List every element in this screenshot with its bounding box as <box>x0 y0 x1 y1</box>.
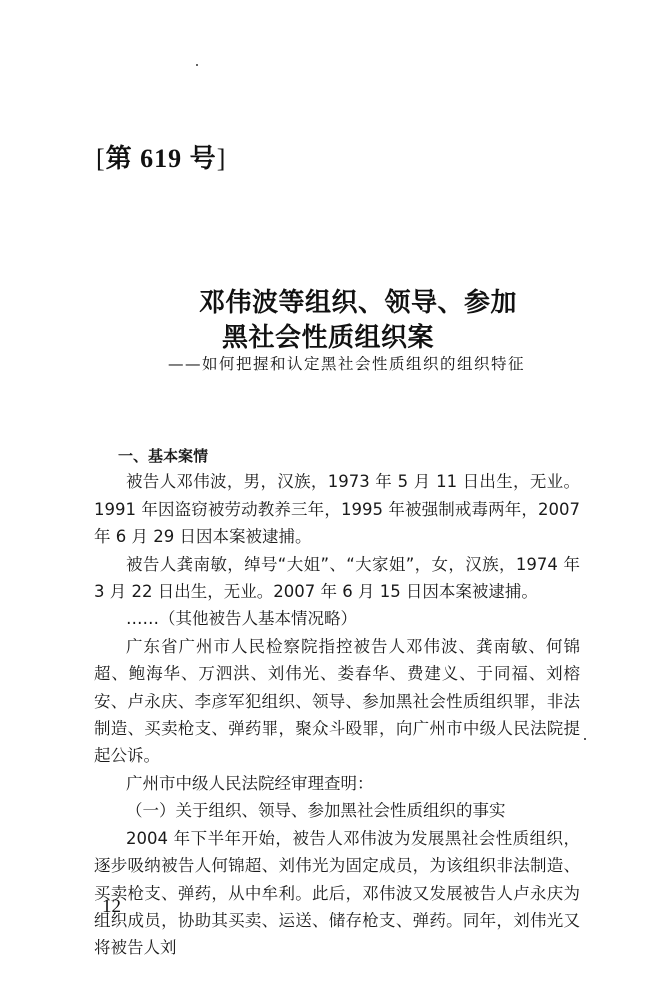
scan-speck <box>584 738 586 740</box>
paragraph: 2004 年下半年开始，被告人邓伟波为发展黑社会性质组织，逐步吸纳被告人何锦超、… <box>94 825 580 962</box>
case-number: [第 619 号] <box>96 138 226 175</box>
paragraph: 被告人邓伟波，男，汉族，1973 年 5 月 11 日出生，无业。1991 年因… <box>94 468 580 550</box>
scan-speck <box>196 64 198 66</box>
open-bracket: [ <box>96 144 106 173</box>
subsection-heading: （一）关于组织、领导、参加黑社会性质组织的事实 <box>94 797 580 824</box>
page-number: 12 <box>102 896 121 918</box>
title-line-2: 黑社会性质组织案 <box>0 317 662 354</box>
document-page: [第 619 号] 邓伟波等组织、领导、参加 黑社会性质组织案 ——如何把握和认… <box>0 0 668 999</box>
paragraph: ……（其他被告人基本情况略） <box>94 605 580 632</box>
paragraph: 被告人龚南敏，绰号“大姐”、“大家姐”，女，汉族，1974 年 3 月 22 日… <box>94 551 580 606</box>
title-line-1: 邓伟波等组织、领导、参加 <box>38 282 668 319</box>
paragraph: 广东省广州市人民检察院指控被告人邓伟波、龚南敏、何锦超、鲍海华、万泗洪、刘伟光、… <box>94 633 580 770</box>
close-bracket: ] <box>217 144 227 173</box>
case-number-label: 第 619 号 <box>106 144 217 173</box>
section-heading: 一、基本案情 <box>94 443 580 470</box>
paragraph: 广州市中级人民法院经审理查明： <box>94 770 580 797</box>
body-text: 一、基本案情 被告人邓伟波，男，汉族，1973 年 5 月 11 日出生，无业。… <box>94 443 580 962</box>
subtitle: ——如何把握和认定黑社会性质组织的组织特征 <box>168 352 525 374</box>
